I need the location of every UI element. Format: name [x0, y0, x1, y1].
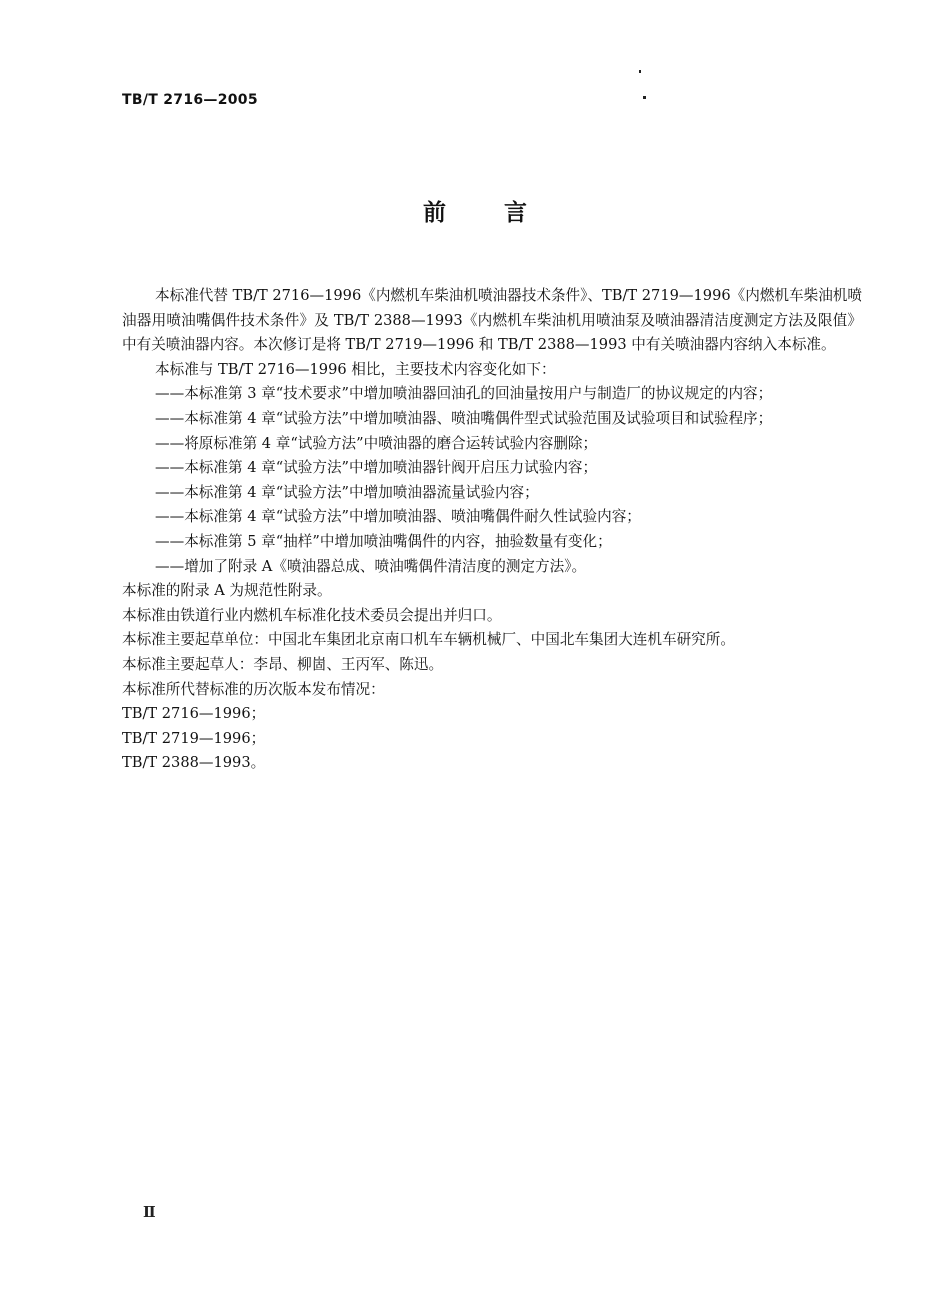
- scan-speck: [639, 70, 641, 73]
- previous-edition-item: TB/T 2719—1996；: [122, 727, 862, 752]
- intro-paragraph: 本标准代替 TB/T 2716—1996《内燃机车柴油机喷油器技术条件》、TB/…: [122, 284, 862, 358]
- previous-edition-item: TB/T 2716—1996；: [122, 702, 862, 727]
- previous-edition-item: TB/T 2388—1993。: [122, 751, 862, 776]
- change-item: ——本标准第 3 章“技术要求”中增加喷油器回油孔的回油量按用户与制造厂的协议规…: [122, 382, 862, 407]
- page-number: Ⅱ: [143, 1203, 156, 1221]
- drafters-statement: 本标准主要起草人：李昂、柳崮、王丙军、陈迅。: [122, 653, 862, 678]
- change-item: ——本标准第 4 章“试验方法”中增加喷油器、喷油嘴偶件型式试验范围及试验项目和…: [122, 407, 862, 432]
- title-char-2: 言: [504, 200, 527, 226]
- change-item: ——本标准第 4 章“试验方法”中增加喷油器流量试验内容；: [122, 481, 862, 506]
- standard-code-header: TB/T 2716—2005: [122, 92, 258, 108]
- change-item: ——本标准第 5 章“抽样”中增加喷油嘴偶件的内容，抽验数量有变化；: [122, 530, 862, 555]
- change-item: ——将原标准第 4 章“试验方法”中喷油器的磨合运转试验内容删除；: [122, 432, 862, 457]
- foreword-body: 本标准代替 TB/T 2716—1996《内燃机车柴油机喷油器技术条件》、TB/…: [122, 284, 862, 776]
- title-char-1: 前: [423, 200, 446, 226]
- change-item: ——增加了附录 A《喷油器总成、喷油嘴偶件清洁度的测定方法》。: [122, 555, 862, 580]
- previous-editions-heading: 本标准所代替标准的历次版本发布情况：: [122, 678, 862, 703]
- proposer-statement: 本标准由铁道行业内燃机车标准化技术委员会提出并归口。: [122, 604, 862, 629]
- change-item: ——本标准第 4 章“试验方法”中增加喷油器针阀开启压力试验内容；: [122, 456, 862, 481]
- comparison-intro: 本标准与 TB/T 2716—1996 相比，主要技术内容变化如下：: [122, 358, 862, 383]
- drafting-units-statement: 本标准主要起草单位：中国北车集团北京南口机车车辆机械厂、中国北车集团大连机车研究…: [122, 628, 862, 653]
- change-item: ——本标准第 4 章“试验方法”中增加喷油器、喷油嘴偶件耐久性试验内容；: [122, 505, 862, 530]
- document-page: TB/T 2716—2005 前言 本标准代替 TB/T 2716—1996《内…: [0, 0, 950, 1314]
- previous-editions-list: TB/T 2716—1996； TB/T 2719—1996； TB/T 238…: [122, 702, 862, 776]
- annex-statement: 本标准的附录 A 为规范性附录。: [122, 579, 862, 604]
- foreword-title: 前言: [0, 194, 950, 227]
- changes-list: ——本标准第 3 章“技术要求”中增加喷油器回油孔的回油量按用户与制造厂的协议规…: [122, 382, 862, 579]
- scan-speck: [643, 96, 646, 99]
